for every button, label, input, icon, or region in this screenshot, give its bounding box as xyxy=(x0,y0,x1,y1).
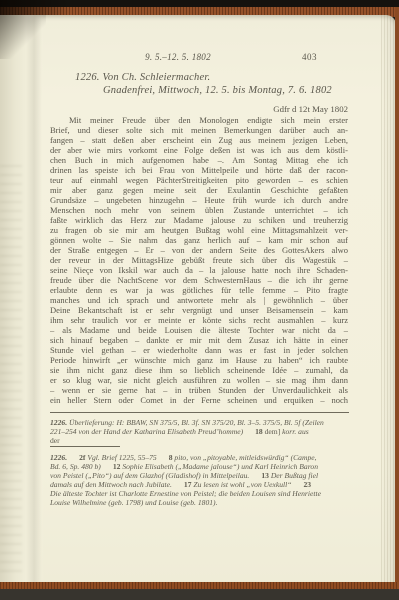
body-line-text: – wenn er sie gerne hat – in trüben Stun… xyxy=(50,385,348,395)
commentary-line: Louise Wilhelmine (geb. 1798) und Louise… xyxy=(50,498,362,507)
running-header-date-range: 9. 5.–12. 5. 1802 xyxy=(40,52,316,62)
body-line-text: – als Madame und beide Louisen die ältes… xyxy=(50,325,348,335)
body-line-text: faßte wirklich das Herz zur Madame jalou… xyxy=(50,215,348,225)
apparatus-line: 221–254 von der Hand der Katharina Elisa… xyxy=(50,427,362,436)
letter-heading-place-date: Gnadenfrei, Mittwoch, 12. 5. bis Montag,… xyxy=(103,85,332,96)
body-line: teur auf einmahl wegen PächterStreitigke… xyxy=(50,175,348,185)
book-photo: 9. 5.–12. 5. 1802 403 1226. Von Ch. Schl… xyxy=(0,0,399,600)
body-line-text: der reveur in der MittagsHize gebüßt fre… xyxy=(50,255,348,265)
body-line-text: mir aber ganz gegen meine seit der Exula… xyxy=(50,185,348,195)
body-line: Deine Bekantschaft ist er sehr vergnügt … xyxy=(50,305,348,315)
body-line: der reveur in der MittagsHize gebüßt fre… xyxy=(50,255,348,265)
letter-dateline: Gdfr d 12t May 1802 xyxy=(50,104,348,114)
body-line-text: Grundsäze – ungebeten hinzugehn – Heute … xyxy=(50,195,348,205)
body-line-text: sie ihm nicht ganz diese ihm so lieblich… xyxy=(50,365,348,375)
body-line-text: Menschen noch mehr von seinem üblen Zust… xyxy=(50,205,348,215)
body-line-text: drinen las speiste ich bei Frau von Mitt… xyxy=(50,165,348,175)
body-line: sich hinauf begaben – dankte er mir mit … xyxy=(50,335,348,345)
commentary-block: 1226.2f Vgl. Brief 1225, 55–758 pito, vo… xyxy=(50,453,362,507)
body-line: drinen las speiste ich bei Frau von Mitt… xyxy=(50,165,348,175)
body-line-text: freude über die NachtScene vor dem Schwe… xyxy=(50,275,348,285)
body-line: – als Madame und beide Louisen die ältes… xyxy=(50,325,348,335)
body-line: 20manches und ich sprach und antwortete … xyxy=(50,295,348,305)
body-line: seine Nieçe von Ikskil war auch da – la … xyxy=(50,265,348,275)
body-line-text: gönnen wolte – Sie nahm das ganz herlich… xyxy=(50,235,348,245)
commentary-line: von Peistel („Pito“) auf dem Glazhof (Gl… xyxy=(50,471,362,480)
page-fore-edge xyxy=(381,15,396,583)
body-line: – wenn er sie gerne hat – in trüben Stun… xyxy=(50,385,348,395)
body-line-text: der aber wie mirs vorkomt eine Folge deß… xyxy=(50,145,348,155)
body-line-text: Deine Bekantschaft ist er sehr vergnügt … xyxy=(50,305,348,315)
body-line: erlaubte denn es war ja was götliches fü… xyxy=(50,285,348,295)
body-line-text: fangen – statt deßen aber erscheint ein … xyxy=(50,135,348,145)
commentary-line: Die älteste Tochter ist Charlotte Ernest… xyxy=(50,489,362,498)
commentary-line: 1226.2f Vgl. Brief 1225, 55–758 pito, vo… xyxy=(50,453,362,462)
body-line-text: teur auf einmahl wegen PächterStreitigke… xyxy=(50,175,348,185)
commentary-line: Bd. 6, Sp. 480 b)12 Sophie Elisabeth („M… xyxy=(50,462,362,471)
body-line: sie ihm nicht ganz diese ihm so lieblich… xyxy=(50,365,348,375)
body-line: er so klug war, sie nicht gleich ausführ… xyxy=(50,375,348,385)
body-line: Periode hinwirft „er wünschte mich ganz … xyxy=(50,355,348,365)
background-bottom xyxy=(0,589,399,600)
apparatus-separator-rule xyxy=(50,412,349,413)
commentary-line: damals auf den Mittwoch nach Jubilate.17… xyxy=(50,480,362,489)
body-line-text: der Straße entgegen – Er – von der ander… xyxy=(50,245,348,255)
page-showthrough xyxy=(0,165,22,573)
body-line: 30ein heller Stern oder Comet in der Fer… xyxy=(50,395,348,405)
body-line-text: Stunde viel gethan – er wiederholte dann… xyxy=(50,345,348,355)
body-line-text: sich hinauf begaben – dankte er mir mit … xyxy=(50,335,348,345)
body-line: Mit meiner Freude über den Monologen end… xyxy=(50,115,348,125)
apparatus-block: 1226. Überlieferung: H: BBAW, SN 375/5, … xyxy=(50,418,362,445)
page-number: 403 xyxy=(302,52,317,62)
body-line: 25Stunde viel gethan – er wiederholte da… xyxy=(50,345,348,355)
body-line: faßte wirklich das Herz zur Madame jalou… xyxy=(50,215,348,225)
book-cover-right-edge xyxy=(395,7,399,587)
body-line: freude über die NachtScene vor dem Schwe… xyxy=(50,275,348,285)
body-line-text: Mit meiner Freude über den Monologen end… xyxy=(69,115,348,125)
body-line-text: manches und ich sprach und antwortete me… xyxy=(50,295,348,305)
letter-heading-number-author: 1226. Von Ch. Schleiermacher. xyxy=(75,72,210,83)
body-line: mir aber ganz gegen meine seit der Exula… xyxy=(50,185,348,195)
body-line: ihm sehr traulich vor er meinte er könte… xyxy=(50,315,348,325)
book-page: 9. 5.–12. 5. 1802 403 1226. Von Ch. Schl… xyxy=(0,15,396,583)
body-line-text: erlaubte denn es war ja was götliches fü… xyxy=(50,285,348,295)
body-line: 5der aber wie mirs vorkomt eine Folge de… xyxy=(50,145,348,155)
body-line: fangen – statt deßen aber erscheint ein … xyxy=(50,135,348,145)
body-line-text: zu fragen ob sie mir am heutgen Bußtag w… xyxy=(50,225,348,235)
body-line: Menschen noch mehr von seinem üblen Zust… xyxy=(50,205,348,215)
body-line: Brief, und dieser solte sich mit meinen … xyxy=(50,125,348,135)
apparatus-line: der xyxy=(50,436,362,445)
page-crease-shadow xyxy=(26,15,42,583)
body-line: 15der Straße entgegen – Er – von der and… xyxy=(50,245,348,255)
commentary-separator-rule xyxy=(50,446,120,447)
body-line-text: ihm sehr traulich vor er meinte er könte… xyxy=(50,315,348,325)
apparatus-line: 1226. Überlieferung: H: BBAW, SN 375/5, … xyxy=(50,418,362,427)
body-line: zu fragen ob sie mir am heutgen Bußtag w… xyxy=(50,225,348,235)
body-line-text: er so klug war, sie nicht gleich ausführ… xyxy=(50,375,348,385)
body-line: 10Grundsäze – ungebeten hinzugehn – Heut… xyxy=(50,195,348,205)
body-line-text: seine Nieçe von Ikskil war auch da – la … xyxy=(50,265,348,275)
body-line: gönnen wolte – Sie nahm das ganz herlich… xyxy=(50,235,348,245)
body-line: chen Buch in mich aufgenomen habe –. Am … xyxy=(50,155,348,165)
letter-body: Mit meiner Freude über den Monologen end… xyxy=(50,115,348,405)
body-line-text: Brief, und dieser solte sich mit meinen … xyxy=(50,125,348,135)
body-line-text: chen Buch in mich aufgenomen habe –. Am … xyxy=(50,155,348,165)
body-line-text: Periode hinwirft „er wünschte mich ganz … xyxy=(50,355,348,365)
body-line-text: ein heller Stern oder Comet in der Ferne… xyxy=(50,395,348,405)
